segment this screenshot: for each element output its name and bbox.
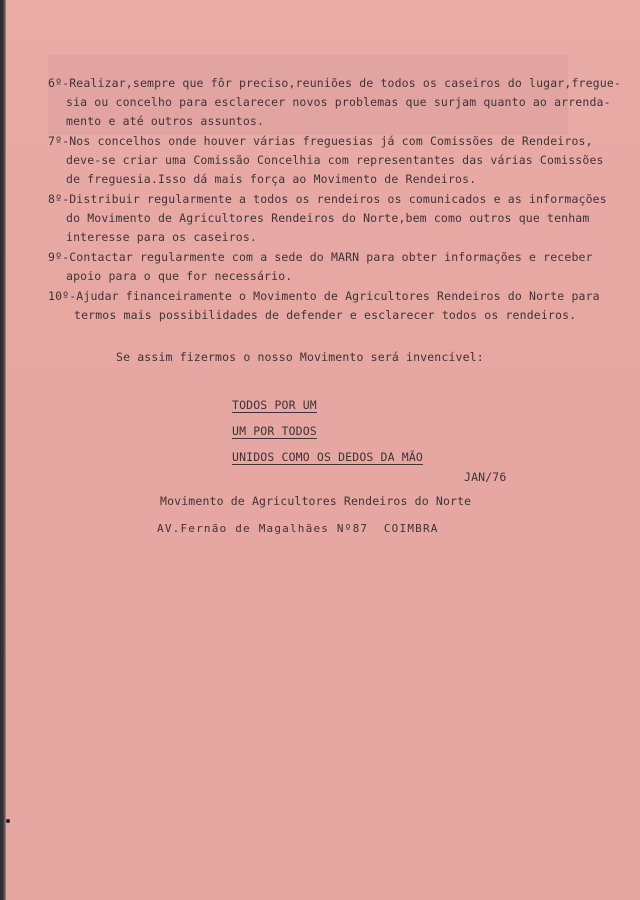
item-7-line-1: 7º-Nos concelhos onde houver várias freg…: [48, 134, 593, 148]
item-8-line-2: do Movimento de Agricultores Rendeiros d…: [66, 211, 589, 225]
item-6-line-2: sia ou concelho para esclarecer novos pr…: [66, 95, 611, 109]
item-8-line-1: 8º-Distribuir regularmente a todos os re…: [48, 192, 607, 206]
item-8-line-3: interesse para os caseiros.: [66, 230, 257, 244]
item-10-line-1: 10º-Ajudar financeiramente o Movimento d…: [48, 289, 600, 303]
slogan-2: UM POR TODOS: [232, 424, 317, 438]
slogan-3: UNIDOS COMO OS DEDOS DA MÃO: [232, 450, 423, 464]
item-6-line-1: 6º-Realizar,sempre que fôr preciso,reuni…: [48, 76, 621, 90]
item-7-line-3: de freguesia.Isso dá mais força ao Movim…: [66, 172, 476, 186]
item-10-line-2: termos mais possibilidades de defender e…: [74, 308, 576, 322]
organization-name: Movimento de Agricultores Rendeiros do N…: [160, 494, 471, 508]
item-9-line-2: apoio para o que for necessário.: [66, 269, 292, 283]
closing-statement: Se assim fizermos o nosso Movimento será…: [116, 350, 484, 364]
item-7-line-2: deve-se criar uma Comissão Concelhia com…: [66, 153, 604, 167]
document-date: JAN/76: [464, 470, 506, 484]
slogan-1: TODOS POR UM: [232, 398, 317, 412]
item-9-line-1: 9º-Contactar regularmente com a sede do …: [48, 250, 593, 264]
organization-address: AV.Fernão de Magalhães Nº87 COIMBRA: [157, 522, 439, 536]
punch-mark: [6, 819, 10, 823]
item-6-line-3: mento e até outros assuntos.: [66, 114, 264, 128]
